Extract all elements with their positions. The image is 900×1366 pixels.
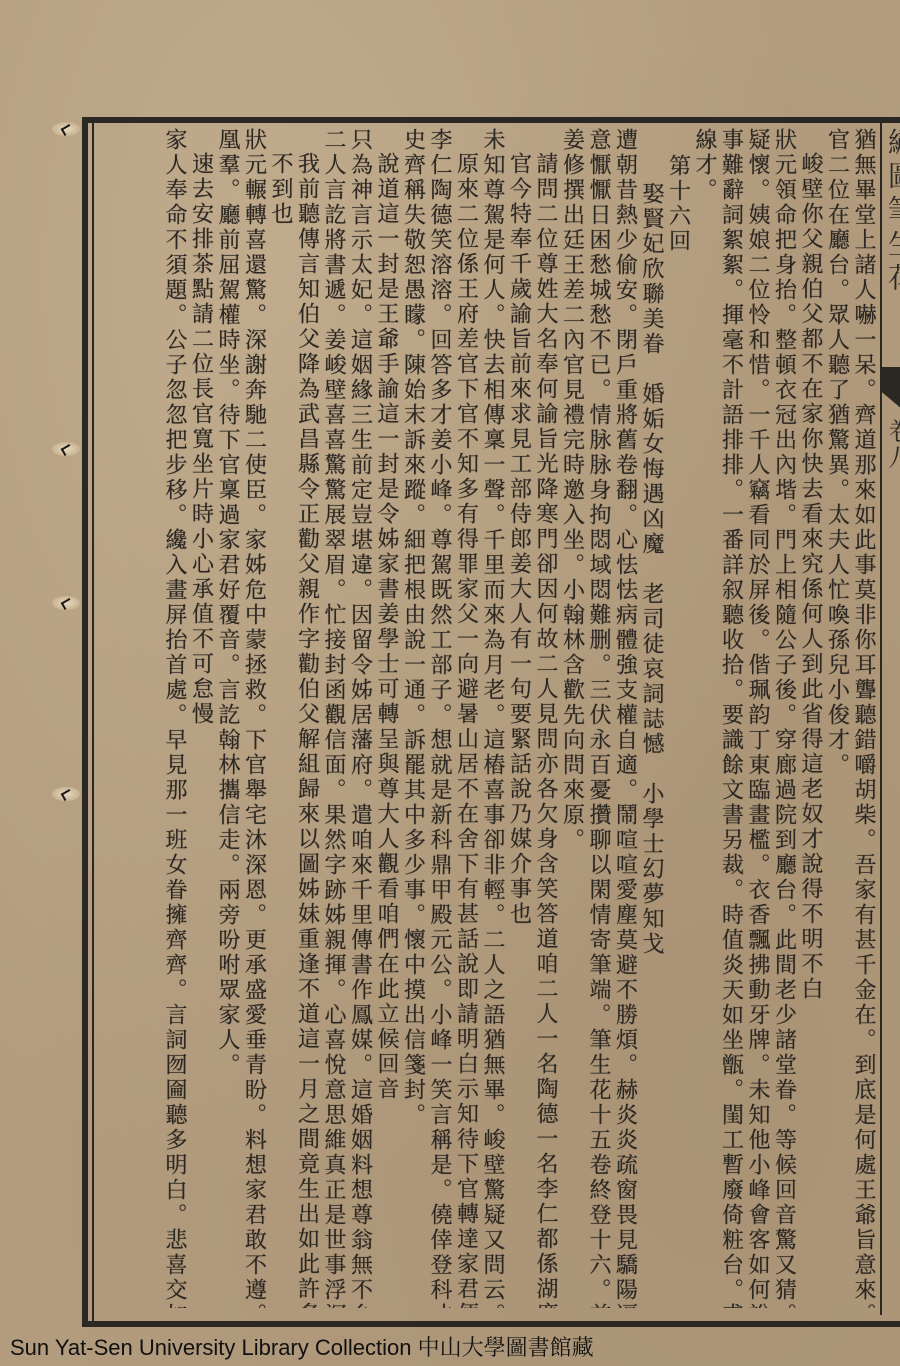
text-column: 意懨懨日困愁城愁不已。情脉脉身拘悶域悶難删。三伏永百憂攢聊以閑情寄筆端。筆生花十…: [585, 128, 612, 1308]
text-column: 未知尊駕是何人。快去相傳稟一聲。千里而來為月老。這樁喜事卻非輕。二人之語猶無畢。…: [479, 128, 506, 1308]
text-column: 史齊稱失敬恕愚矇。陳始末訴來蹤。細把根由說一通。訴罷其中多少事。懷中摸出信箋封。: [399, 128, 426, 1308]
text-column: 凰羣。廳前屈駕權時坐。待下官稟過家君好覆音。言訖翰林攜信走。兩旁吩咐眾家人。: [214, 128, 241, 1308]
fish-tail-mark-icon: [882, 367, 900, 409]
text-column: 速去安排茶點請二位長官寬坐片時小心承值不可怠慢: [187, 128, 214, 1308]
text-column: 官二位在廳台。眾人聽了猶驚異。太夫人忙喚孫兒小俊才。: [823, 128, 850, 1308]
text-column: 不到也: [267, 128, 294, 1308]
fold-column-banxin: 繡圖筆生花 卷八: [880, 117, 900, 1315]
chapter-heading: 娶賢妃欣聯美眷 婚姤女悔遇凶魔 老司徒哀詞誌憾 小學士幻夢知戈: [638, 128, 665, 1308]
library-watermark: Sun Yat-Sen University Library Collectio…: [10, 1335, 594, 1361]
text-column: 峻壁你父親伯父都不在家你快去看來究係何人到此省得這老奴才說得不明不白: [797, 128, 824, 1308]
binding-stitch-hole: [52, 787, 80, 801]
binding-stitch-hole: [52, 442, 80, 456]
text-column: 請問二位尊姓大名奉何諭旨光降寒門卻因何故二人見問亦各欠身含笑答道咱二人一名陶德一…: [532, 128, 559, 1308]
binding-stitch-hole: [52, 122, 80, 136]
volume-label: 卷八: [886, 417, 900, 469]
text-column: 線才。: [691, 128, 718, 1308]
text-column: 狀元領命把身抬。整頓衣冠出內堦。門上相隨公子後。穿廊過院到廳台。此間老少諸堂眷。…: [770, 128, 797, 1308]
text-column: 猶無畢堂上諸人嚇一呆。齊道那來如此事莫非你耳聾聽錯嚼胡柴。吾家有甚千金在。到底是…: [850, 128, 877, 1308]
scanned-book-page: 繡圖筆生花 卷八 猶無畢堂上諸人嚇一呆。齊道那來如此事莫非你耳聾聽錯嚼胡柴。吾家…: [0, 0, 900, 1366]
text-column: 狀元輾轉喜還驚。深謝奔馳二使臣。家姊危中蒙拯救。下官舉宅沐深恩。更承盛愛垂青盼。…: [240, 128, 267, 1308]
text-column: 原來二位係王府差官下官不知多有得罪家父一向避暑山居不在舍下有甚話說即請明白示知待…: [452, 128, 479, 1308]
binding-stitch-hole: [52, 596, 80, 610]
text-column: 李仁陶德笑溶溶。回答多才姜小峰。尊駕既然工部子。想就是新科鼎甲殿元公。小峰一笑言…: [426, 128, 453, 1308]
vertical-text-body: 猶無畢堂上諸人嚇一呆。齊道那來如此事莫非你耳聾聽錯嚼胡柴。吾家有甚千金在。到底是…: [96, 128, 876, 1308]
text-column: 姜修撰出廷王差二內官見禮完時邀入坐。小翰林含歡先向問來原。: [558, 128, 585, 1308]
text-column: 說道這一封是王爺手諭這一封是令姊家書姜學士可轉呈與尊大人觀看咱們在此立候回音: [373, 128, 400, 1308]
text-column: 遭朝昔熱少偷安。閉戶重將舊卷翻。心怯怯病體強支權自適。鬧喧喧愛塵莫避不勝煩。赫炎…: [611, 128, 638, 1308]
text-column: 官今特奉千歲諭旨前來求見工部侍郎姜大人有一句要緊話說乃媒介事也: [505, 128, 532, 1308]
book-title: 繡圖筆生花: [886, 127, 900, 297]
text-column: 二人言訖將書遞。姜峻壁喜喜驚驚展翠眉。忙接封函觀信面。果然字跡姊親揮。心喜悅意思…: [320, 128, 347, 1308]
text-column: 家人奉命不須題。公子忽忽把步移。纔入畫屏抬首處。早見那一班女眷擁齊齊。言詞囫圇聽…: [161, 128, 188, 1308]
chapter-number: 第十六回: [664, 128, 691, 1308]
text-column: 事難辭詞絮絮。揮毫不計語排排。一番詳叙聽收拾。要識餘文書另裁。時值炎天如坐甑。閨…: [717, 128, 744, 1308]
text-column: 只為神言示太妃。這姻緣三生前定豈堪違。因留令姊居藩府。遣咱來千里傳書作鳳媒。這婚…: [346, 128, 373, 1308]
text-column: 疑懷。姨娘二位怜和惜。一千人竊看同於屏後。偕珮韵丁東臨畫檻。衣香飄拂動牙牌。未知…: [744, 128, 771, 1308]
text-column: 我前聽傳言知伯父降為武昌縣令正勸父親作字勸伯父解組歸來以圖姊妹重逢不道這一月之間…: [293, 128, 320, 1308]
